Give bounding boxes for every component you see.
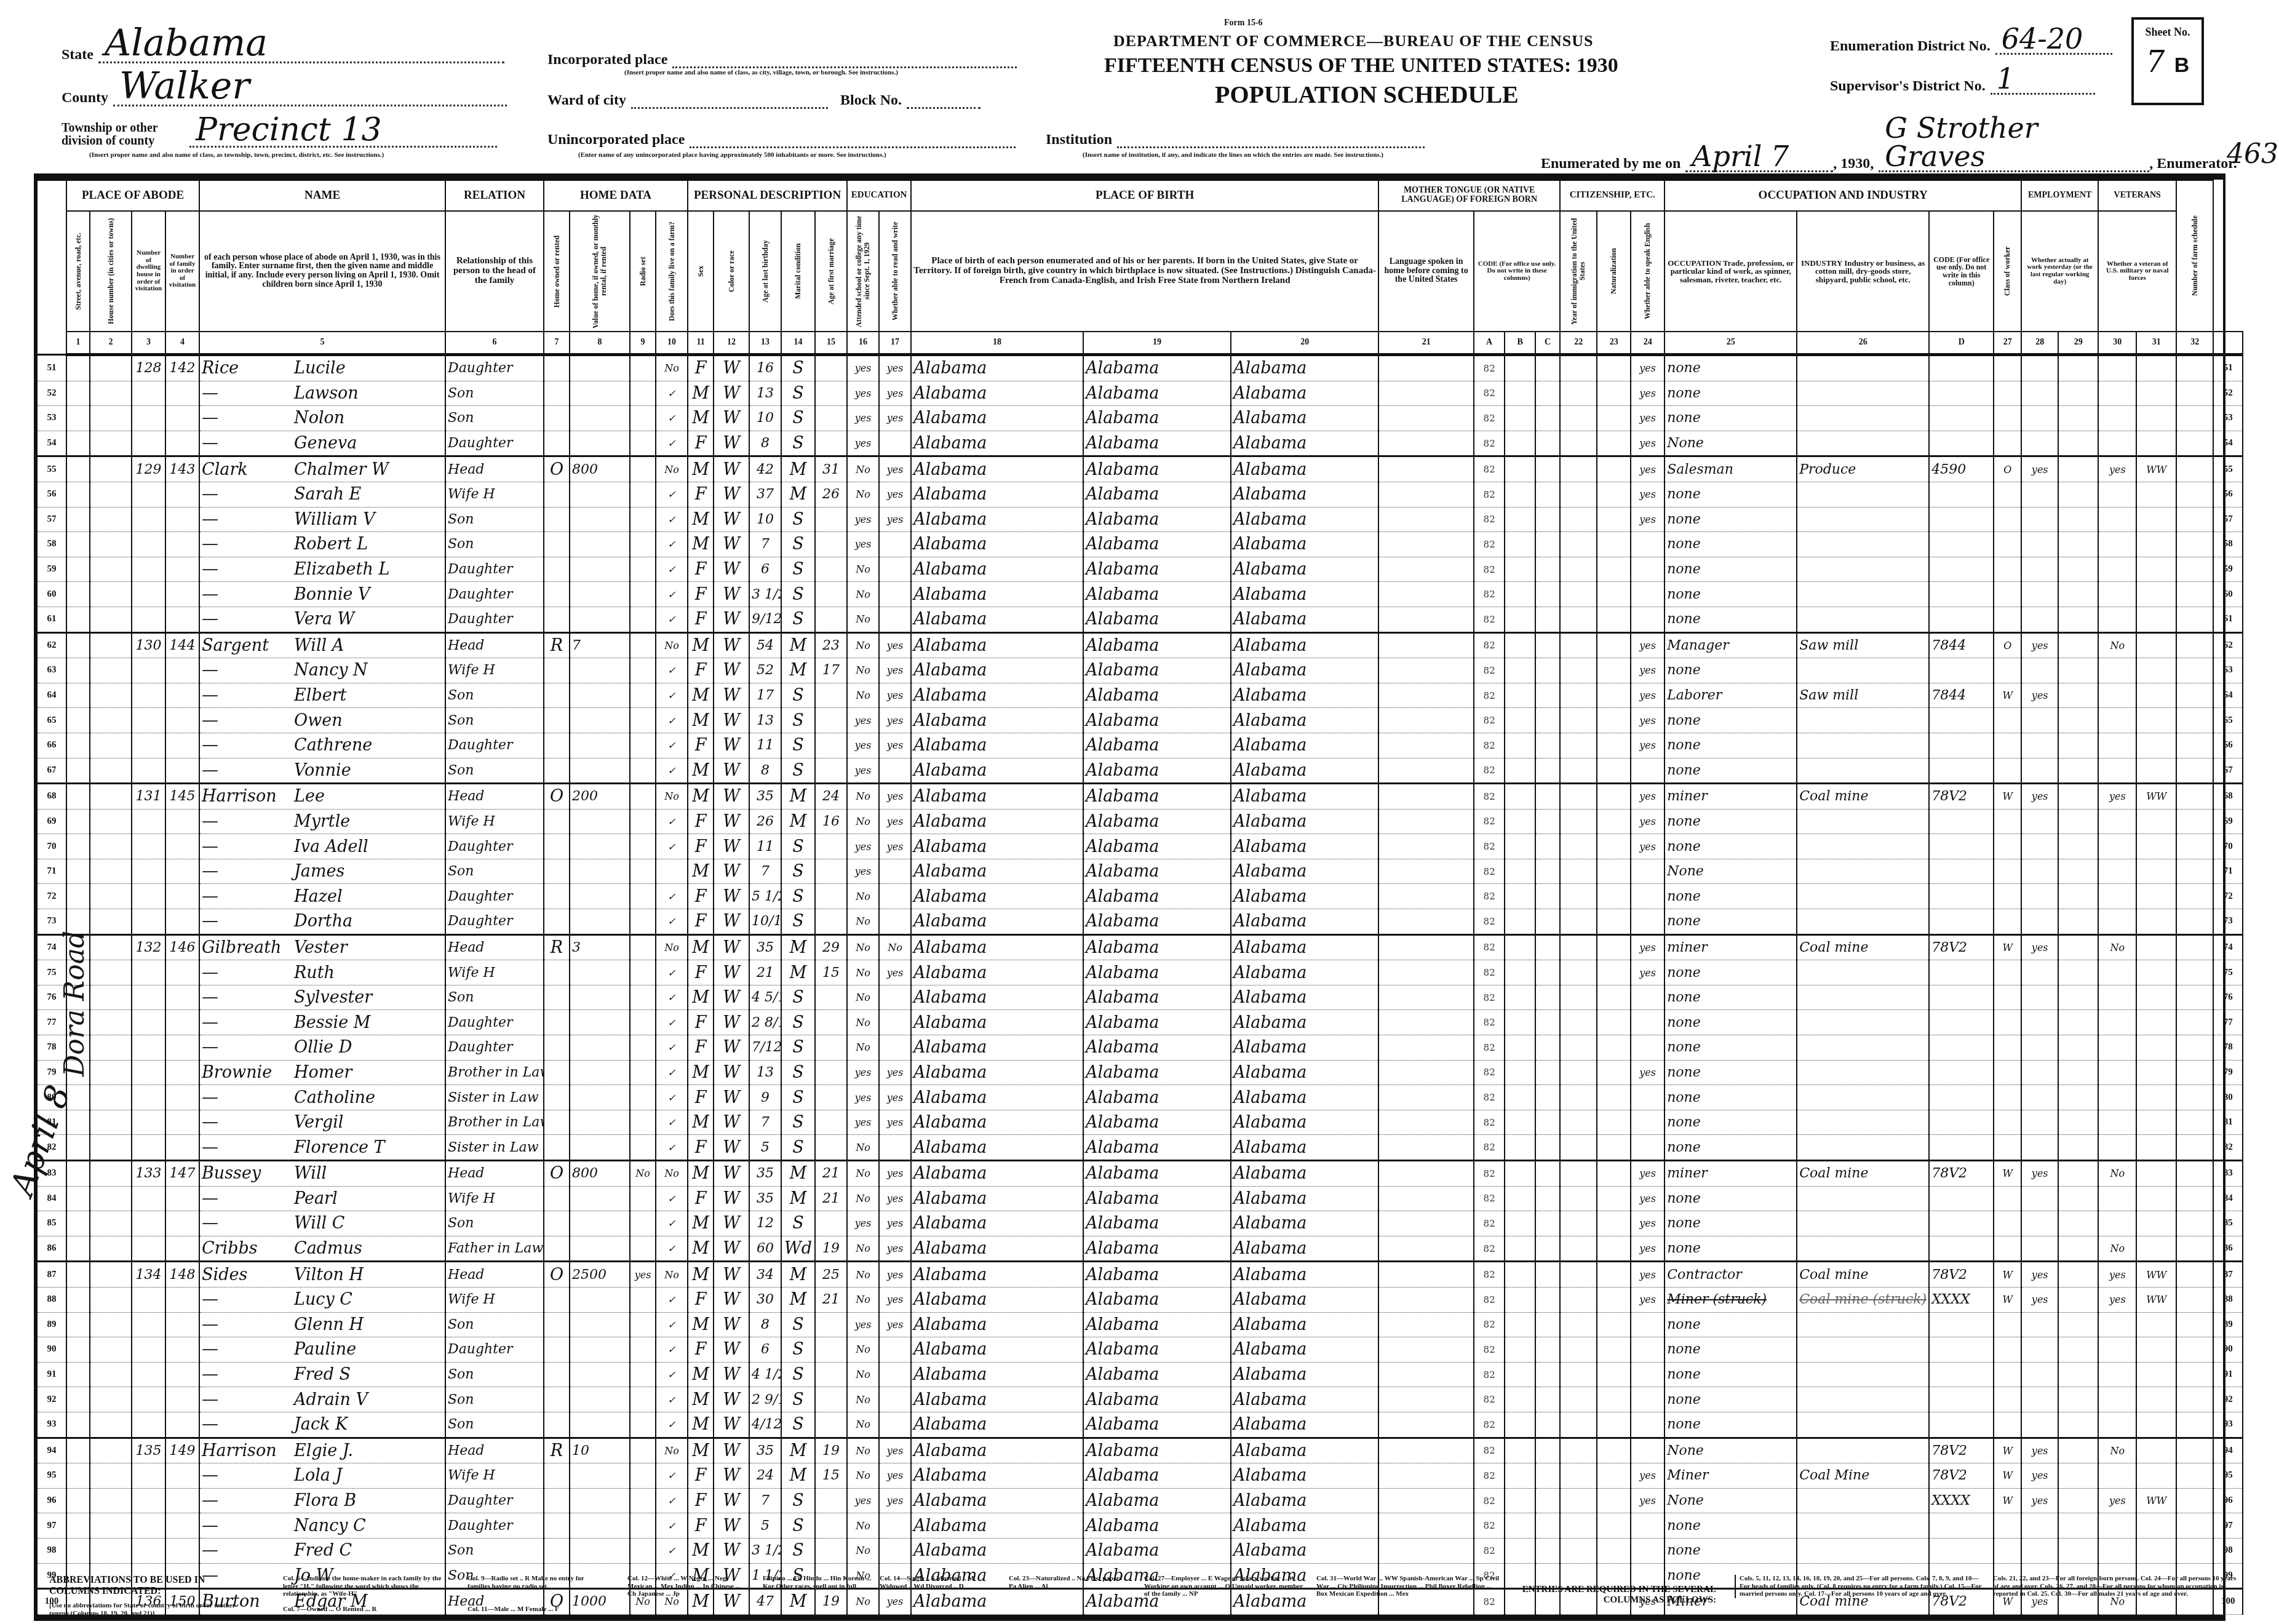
- cell-code-c: [1535, 1110, 1560, 1135]
- cell-name: —Bessie M: [199, 1010, 445, 1035]
- abbrev-col14: Col. 14—Single .. S Married .. M Widowed…: [880, 1575, 1003, 1590]
- cell-line: 78: [2213, 1035, 2243, 1061]
- cell-war: [2136, 859, 2176, 884]
- cell-english: yes: [1631, 1161, 1665, 1187]
- cell-industry: [1797, 1513, 1929, 1538]
- cell-at-work: [2021, 809, 2058, 834]
- cell-naturalization: [1597, 355, 1631, 381]
- surname: —: [202, 585, 294, 604]
- cell-class: W: [1994, 784, 2021, 810]
- cell-house: [90, 909, 132, 935]
- cell-marital: S: [781, 532, 815, 557]
- cell-class: W: [1994, 1438, 2021, 1463]
- cell-naturalization: [1597, 859, 1631, 884]
- cell-mother-birth: Alabama: [1231, 758, 1378, 784]
- cell-radio: [630, 1186, 656, 1211]
- cell-english: yes: [1631, 431, 1665, 456]
- cell-english: yes: [1631, 784, 1665, 810]
- cell-father-birth: Alabama: [1083, 909, 1231, 935]
- cell-name: —Elbert: [199, 683, 445, 708]
- cell-line: 85: [37, 1211, 66, 1236]
- cell-english: [1631, 1312, 1665, 1337]
- cell-age-marriage: [815, 834, 847, 859]
- cell-street: [66, 1035, 90, 1061]
- cell-owned: [544, 1085, 570, 1110]
- cell-school: yes: [847, 1211, 879, 1236]
- cell-language: [1378, 658, 1474, 683]
- cell-unemp: [2058, 1135, 2098, 1161]
- cell-code-c: [1535, 532, 1560, 557]
- cell-class: [1994, 431, 2021, 456]
- cell-line: 80: [37, 1085, 66, 1110]
- cell-mother-birth: Alabama: [1231, 658, 1378, 683]
- entries-a: Cols. 5, 11, 12, 13, 14, 16, 18, 19, 20,…: [1735, 1575, 1986, 1598]
- cell-code-b: [1505, 1211, 1535, 1236]
- cell-sex: F: [688, 607, 714, 632]
- cell-code-b: [1505, 1488, 1535, 1513]
- col-num: 14: [781, 332, 815, 355]
- cell-line: 92: [2213, 1387, 2243, 1412]
- cell-at-work: [2021, 1362, 2058, 1387]
- given-name: Nancy C: [294, 1516, 366, 1535]
- cell-house: [90, 809, 132, 834]
- cell-sex: F: [688, 355, 714, 381]
- enum-district-label: Enumeration District No.: [1830, 38, 1991, 55]
- cell-value: 800: [570, 1161, 630, 1187]
- cell-marital: S: [781, 985, 815, 1010]
- given-name: Hazel: [294, 887, 342, 906]
- cell-relation: Son: [445, 859, 544, 884]
- cell-unemp: [2058, 708, 2098, 733]
- cell-father-birth: Alabama: [1083, 758, 1231, 784]
- cell-at-work: [2021, 532, 2058, 557]
- given-name: Bessie M: [294, 1013, 370, 1032]
- col-num: 16: [847, 332, 879, 355]
- cell-code: 82: [1474, 1135, 1505, 1161]
- cell-occ-code: [1929, 1010, 1994, 1035]
- cell-age: 8: [749, 431, 781, 456]
- cell-age: 4 5/12: [749, 985, 781, 1010]
- cell-war: [2136, 1010, 2176, 1035]
- cell-owned: R: [544, 934, 570, 960]
- cell-unemp: [2058, 658, 2098, 683]
- given-name: Sylvester: [294, 988, 372, 1007]
- cell-sex: M: [688, 985, 714, 1010]
- cell-literate: yes: [879, 733, 911, 758]
- cell-marital: S: [781, 1060, 815, 1085]
- cell-literate: yes: [879, 1463, 911, 1489]
- cell-farm: ✓: [656, 1538, 688, 1563]
- cell-code-b: [1505, 507, 1535, 532]
- cell-immigration: [1560, 482, 1597, 507]
- cell-father-birth: Alabama: [1083, 482, 1231, 507]
- col-radio: Radio set: [630, 211, 656, 332]
- cell-farm-sched: [2176, 809, 2213, 834]
- cell-code: 82: [1474, 683, 1505, 708]
- cell-age: 9/12: [749, 607, 781, 632]
- cell-school: No: [847, 1161, 879, 1187]
- cell-code-c: [1535, 960, 1560, 985]
- cell-radio: [630, 1060, 656, 1085]
- cell-radio: [630, 1337, 656, 1363]
- surname: Clark: [202, 460, 294, 479]
- cell-father-birth: Alabama: [1083, 809, 1231, 834]
- cell-immigration: [1560, 1412, 1597, 1438]
- cell-father-birth: Alabama: [1083, 1387, 1231, 1412]
- cell-dwelling: [132, 809, 165, 834]
- cell-value: [570, 507, 630, 532]
- cell-dwelling: 130: [132, 632, 165, 658]
- cell-name: —Pearl: [199, 1186, 445, 1211]
- cell-line: 68: [37, 784, 66, 810]
- cell-house: [90, 1538, 132, 1563]
- cell-naturalization: [1597, 1337, 1631, 1363]
- cell-house: [90, 884, 132, 909]
- col-num: 7: [544, 332, 570, 355]
- cell-at-work: yes: [2021, 1463, 2058, 1489]
- cell-age-marriage: [815, 758, 847, 784]
- cell-name: —Nancy N: [199, 658, 445, 683]
- table-row: 56—Sarah EWife H✓FW37M26NoyesAlabamaAlab…: [37, 482, 2243, 507]
- cell-farm: ✓: [656, 1186, 688, 1211]
- cell-marital: S: [781, 582, 815, 607]
- surname: —: [202, 862, 294, 881]
- cell-value: [570, 1186, 630, 1211]
- cell-age: 35: [749, 934, 781, 960]
- cell-naturalization: [1597, 1085, 1631, 1110]
- page-header: State Alabama County Walker Township or …: [0, 0, 2279, 172]
- cell-industry: [1797, 859, 1929, 884]
- cell-immigration: [1560, 859, 1597, 884]
- cell-value: [570, 1488, 630, 1513]
- cell-code-b: [1505, 658, 1535, 683]
- cell-owned: O: [544, 456, 570, 482]
- cell-unemp: [2058, 809, 2098, 834]
- cell-code-c: [1535, 507, 1560, 532]
- cell-code-c: [1535, 683, 1560, 708]
- supervisor-district-field: Supervisor's District No. 1: [1830, 65, 2095, 95]
- cell-school: yes: [847, 1085, 879, 1110]
- cell-code-c: [1535, 1412, 1560, 1438]
- cell-naturalization: [1597, 1312, 1631, 1337]
- cell-family: [165, 431, 199, 456]
- cell-birth: Alabama: [911, 784, 1083, 810]
- cell-at-work: [2021, 960, 2058, 985]
- cell-age: 7: [749, 1110, 781, 1135]
- cell-farm: ✓: [656, 1135, 688, 1161]
- cell-relation: Son: [445, 708, 544, 733]
- cell-veteran: [2098, 482, 2136, 507]
- given-name: Chalmer W: [294, 460, 389, 479]
- cell-code: 82: [1474, 582, 1505, 607]
- cell-name: HarrisonElgie J.: [199, 1438, 445, 1463]
- surname: —: [202, 887, 294, 906]
- cell-industry: Saw mill: [1797, 683, 1929, 708]
- cell-literate: [879, 1538, 911, 1563]
- cell-at-work: [2021, 909, 2058, 935]
- given-name: Elgie J.: [294, 1441, 353, 1460]
- cell-value: [570, 834, 630, 859]
- incorporated-label: Incorporated place: [547, 52, 667, 68]
- cell-mother-birth: Alabama: [1231, 934, 1378, 960]
- table-row: 74132146GilbreathVesterHeadR3NoMW35M29No…: [37, 934, 2243, 960]
- cell-unemp: [2058, 1513, 2098, 1538]
- cell-radio: [630, 1362, 656, 1387]
- cell-farm: ✓: [656, 708, 688, 733]
- cell-occ-code: 4590: [1929, 456, 1994, 482]
- cell-house: [90, 1262, 132, 1288]
- cell-marital: M: [781, 658, 815, 683]
- cell-marital: M: [781, 1186, 815, 1211]
- cell-farm-sched: [2176, 985, 2213, 1010]
- cell-school: No: [847, 582, 879, 607]
- cell-at-work: [2021, 1513, 2058, 1538]
- cell-farm-sched: [2176, 859, 2213, 884]
- cell-school: No: [847, 809, 879, 834]
- cell-birth: Alabama: [911, 1135, 1083, 1161]
- cell-language: [1378, 1236, 1474, 1262]
- cell-unemp: [2058, 1387, 2098, 1412]
- cell-literate: [879, 859, 911, 884]
- cell-veteran: [2098, 758, 2136, 784]
- given-name: Will: [294, 1164, 327, 1183]
- cell-relation: Son: [445, 381, 544, 406]
- cell-age-marriage: 21: [815, 1287, 847, 1312]
- cell-radio: [630, 456, 656, 482]
- cell-sex: M: [688, 1060, 714, 1085]
- cell-dwelling: [132, 1060, 165, 1085]
- cell-at-work: [2021, 507, 2058, 532]
- cell-age-marriage: 19: [815, 1438, 847, 1463]
- cell-line: 63: [37, 658, 66, 683]
- cell-english: yes: [1631, 658, 1665, 683]
- cell-english: yes: [1631, 482, 1665, 507]
- cell-war: [2136, 884, 2176, 909]
- state-label: State: [62, 47, 93, 63]
- cell-name: GilbreathVester: [199, 934, 445, 960]
- cell-house: [90, 557, 132, 582]
- cell-line: 61: [37, 607, 66, 632]
- cell-owned: [544, 1312, 570, 1337]
- surname: Sargent: [202, 636, 294, 655]
- cell-relation: Head: [445, 934, 544, 960]
- cell-farm-sched: [2176, 1060, 2213, 1085]
- cell-farm-sched: [2176, 1135, 2213, 1161]
- cell-veteran: No: [2098, 1161, 2136, 1187]
- cell-immigration: [1560, 1010, 1597, 1035]
- surname: —: [202, 610, 294, 629]
- cell-immigration: [1560, 1287, 1597, 1312]
- cell-family: [165, 884, 199, 909]
- cell-at-work: yes: [2021, 1161, 2058, 1187]
- cell-veteran: [2098, 1211, 2136, 1236]
- cell-language: [1378, 482, 1474, 507]
- cell-radio: [630, 482, 656, 507]
- cell-school: No: [847, 1186, 879, 1211]
- cell-code-b: [1505, 934, 1535, 960]
- cell-relation: Daughter: [445, 607, 544, 632]
- cell-farm-sched: [2176, 1211, 2213, 1236]
- cell-farm-sched: [2176, 708, 2213, 733]
- cell-relation: Head: [445, 1161, 544, 1187]
- cell-value: [570, 1287, 630, 1312]
- cell-age: 37: [749, 482, 781, 507]
- cell-line: 74: [2213, 934, 2243, 960]
- cell-line: 71: [37, 859, 66, 884]
- cell-race: W: [714, 1287, 749, 1312]
- cell-marital: S: [781, 884, 815, 909]
- cell-family: [165, 607, 199, 632]
- cell-father-birth: Alabama: [1083, 834, 1231, 859]
- col-owned-rented: Home owned or rented: [544, 211, 570, 332]
- cell-line: 87: [2213, 1262, 2243, 1288]
- cell-veteran: yes: [2098, 1488, 2136, 1513]
- cell-race: W: [714, 1186, 749, 1211]
- table-row: 68131145HarrisonLeeHeadO200NoMW35M24Noye…: [37, 784, 2243, 810]
- table-row: 94135149HarrisonElgie J.HeadR10NoMW35M19…: [37, 1438, 2243, 1463]
- cell-industry: [1797, 1362, 1929, 1387]
- cell-father-birth: Alabama: [1083, 1236, 1231, 1262]
- cell-relation: Head: [445, 632, 544, 658]
- cell-farm-sched: [2176, 1362, 2213, 1387]
- cell-owned: [544, 1035, 570, 1061]
- cell-code-b: [1505, 960, 1535, 985]
- cell-radio: [630, 658, 656, 683]
- cell-age: 24: [749, 1463, 781, 1489]
- cell-language: [1378, 1438, 1474, 1463]
- cell-age-marriage: [815, 381, 847, 406]
- cell-age-marriage: [815, 1085, 847, 1110]
- cell-english: yes: [1631, 1186, 1665, 1211]
- cell-mother-birth: Alabama: [1231, 859, 1378, 884]
- cell-occ-code: [1929, 482, 1994, 507]
- cell-birth: Alabama: [911, 582, 1083, 607]
- cell-literate: yes: [879, 1236, 911, 1262]
- cell-immigration: [1560, 1211, 1597, 1236]
- cell-farm-sched: [2176, 1488, 2213, 1513]
- cell-unemp: [2058, 1337, 2098, 1363]
- cell-age-marriage: 29: [815, 934, 847, 960]
- cell-sex: M: [688, 1412, 714, 1438]
- cell-at-work: [2021, 758, 2058, 784]
- cell-school: yes: [847, 708, 879, 733]
- cell-naturalization: [1597, 934, 1631, 960]
- cell-relation: Daughter: [445, 1488, 544, 1513]
- col-farm: Does this family live on a farm?: [656, 211, 688, 332]
- cell-veteran: [2098, 909, 2136, 935]
- cell-code-b: [1505, 1463, 1535, 1489]
- cell-name: HarrisonLee: [199, 784, 445, 810]
- cell-radio: [630, 1010, 656, 1035]
- cell-naturalization: [1597, 1110, 1631, 1135]
- cell-unemp: [2058, 355, 2098, 381]
- abbrev-col27: Col. 27—Employer ... E Wage or salary wo…: [1144, 1575, 1304, 1598]
- cell-unemp: [2058, 784, 2098, 810]
- cell-sex: F: [688, 658, 714, 683]
- cell-naturalization: [1597, 482, 1631, 507]
- cell-value: 800: [570, 456, 630, 482]
- cell-owned: [544, 532, 570, 557]
- cell-father-birth: Alabama: [1083, 1312, 1231, 1337]
- cell-sex: M: [688, 1236, 714, 1262]
- cell-language: [1378, 1463, 1474, 1489]
- cell-mother-birth: Alabama: [1231, 1538, 1378, 1563]
- cell-value: [570, 909, 630, 935]
- cell-code-c: [1535, 658, 1560, 683]
- enum-district-field: Enumeration District No. 64-20: [1830, 25, 2112, 55]
- cell-unemp: [2058, 1010, 2098, 1035]
- cell-age-marriage: [815, 1035, 847, 1061]
- cell-birth: Alabama: [911, 532, 1083, 557]
- cell-relation: Son: [445, 532, 544, 557]
- cell-code-b: [1505, 1513, 1535, 1538]
- col-num: 25: [1665, 332, 1797, 355]
- cell-race: W: [714, 809, 749, 834]
- cell-class: [1994, 658, 2021, 683]
- cell-sex: F: [688, 1186, 714, 1211]
- cell-age-marriage: [815, 1538, 847, 1563]
- table-row: 98—Fred CSon✓MW3 1/2SNoAlabamaAlabamaAla…: [37, 1538, 2243, 1563]
- cell-age-marriage: [815, 406, 847, 431]
- cell-house: [90, 1412, 132, 1438]
- cell-code-b: [1505, 582, 1535, 607]
- cell-naturalization: [1597, 784, 1631, 810]
- given-name: Robert L: [294, 535, 368, 554]
- table-row: 90—PaulineDaughter✓FW6SNoAlabamaAlabamaA…: [37, 1337, 2243, 1363]
- cell-line: 61: [2213, 607, 2243, 632]
- cell-value: [570, 658, 630, 683]
- cell-dwelling: [132, 557, 165, 582]
- cell-value: [570, 1060, 630, 1085]
- cell-code: 82: [1474, 532, 1505, 557]
- cell-age: 9: [749, 1085, 781, 1110]
- cell-code-c: [1535, 1287, 1560, 1312]
- cell-language: [1378, 809, 1474, 834]
- cell-sex: M: [688, 1262, 714, 1288]
- cell-unemp: [2058, 582, 2098, 607]
- cell-school: No: [847, 960, 879, 985]
- cell-unemp: [2058, 1060, 2098, 1085]
- cell-industry: [1797, 532, 1929, 557]
- cell-occ-code: [1929, 1538, 1994, 1563]
- cell-marital: S: [781, 758, 815, 784]
- given-name: Nolon: [294, 408, 344, 428]
- cell-farm: ✓: [656, 1488, 688, 1513]
- incorporated-value: [672, 50, 1017, 68]
- cell-father-birth: Alabama: [1083, 884, 1231, 909]
- cell-value: [570, 809, 630, 834]
- cell-immigration: [1560, 1060, 1597, 1085]
- cell-veteran: [2098, 733, 2136, 758]
- cell-occ-code: [1929, 1211, 1994, 1236]
- cell-age: 10: [749, 406, 781, 431]
- cell-mother-birth: Alabama: [1231, 1085, 1378, 1110]
- township-field: Township or other division of county Pre…: [62, 114, 497, 148]
- cell-farm: ✓: [656, 1035, 688, 1061]
- cell-war: [2136, 582, 2176, 607]
- table-row: 76—SylvesterSon✓MW4 5/12SNoAlabamaAlabam…: [37, 985, 2243, 1010]
- cell-immigration: [1560, 1488, 1597, 1513]
- cell-line: 98: [37, 1538, 66, 1563]
- cell-race: W: [714, 431, 749, 456]
- cell-english: yes: [1631, 1488, 1665, 1513]
- cell-family: 142: [165, 355, 199, 381]
- cell-relation: Daughter: [445, 355, 544, 381]
- cell-dwelling: [132, 1010, 165, 1035]
- cell-veteran: [2098, 1312, 2136, 1337]
- cell-occupation: none: [1665, 1538, 1797, 1563]
- cell-street: [66, 1262, 90, 1288]
